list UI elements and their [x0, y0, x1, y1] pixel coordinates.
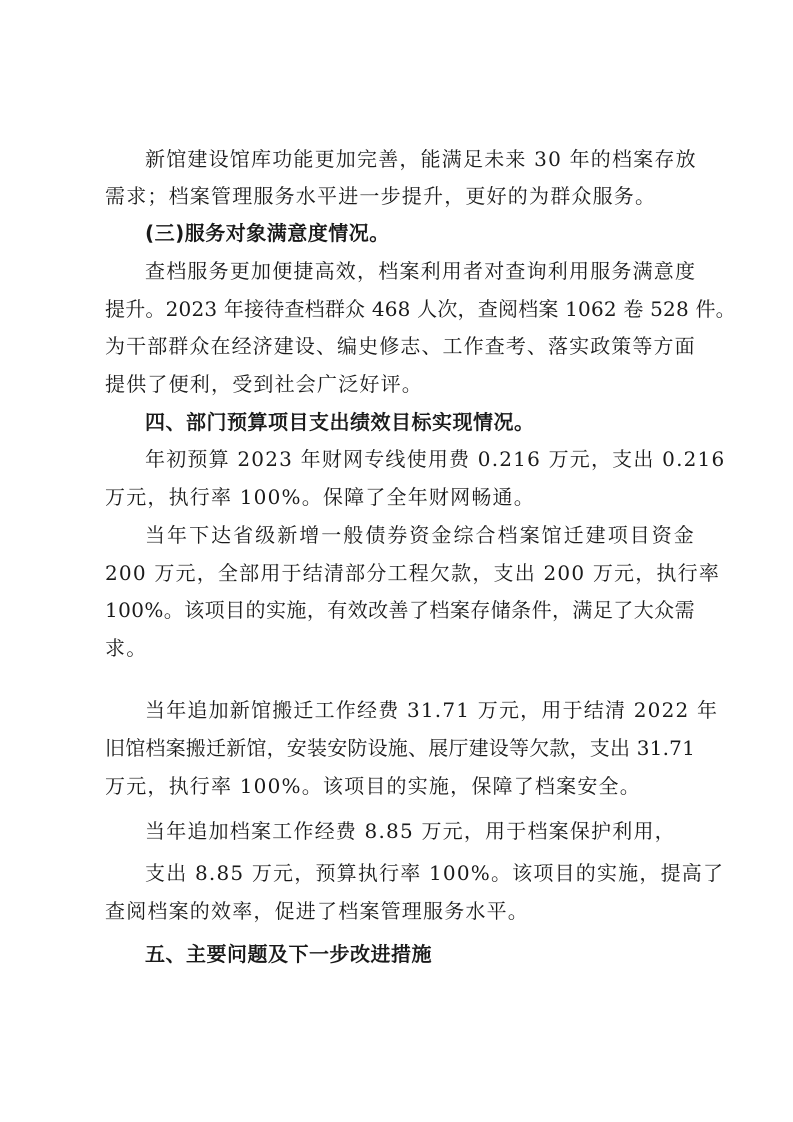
body-text-line: 年初预算 2023 年财网专线使用费 0.216 万元，支出 0.216 [145, 446, 695, 472]
section-heading: 五、主要问题及下一步改进措施 [145, 941, 695, 967]
body-text-line: 查阅档案的效率，促进了档案管理服务水平。 [105, 898, 695, 924]
body-text-line: 100%。该项目的实施，有效改善了档案存储条件，满足了大众需 [105, 597, 695, 623]
subsection-heading: (三)服务对象满意度情况。 [145, 220, 695, 246]
body-text-line: 支出 8.85 万元，预算执行率 100%。该项目的实施，提高了 [145, 860, 695, 886]
body-text-line: 提升。2023 年接待查档群众 468 人次，查阅档案 1062 卷 528 件… [105, 296, 695, 322]
section-heading: 四、部门预算项目支出绩效目标实现情况。 [145, 409, 695, 435]
body-text-line: 当年下达省级新增一般债券资金综合档案馆迁建项目资金 [145, 522, 695, 548]
body-text-line: 万元，执行率 100%。保障了全年财网畅通。 [105, 484, 695, 510]
body-text-line: 当年追加新馆搬迁工作经费 31.71 万元，用于结清 2022 年 [145, 697, 695, 723]
body-text-line: 提供了便利，受到社会广泛好评。 [105, 371, 695, 397]
body-text-line: 需求；档案管理服务水平进一步提升，更好的为群众服务。 [105, 183, 695, 209]
body-text-line: 当年追加档案工作经费 8.85 万元，用于档案保护利用， [145, 818, 695, 844]
body-text-line: 旧馆档案搬迁新馆，安装安防设施、展厅建设等欠款，支出 31.71 [105, 735, 695, 761]
body-text-line: 为干部群众在经济建设、编史修志、工作查考、落实政策等方面 [105, 333, 695, 359]
body-text-line: 新馆建设馆库功能更加完善，能满足未来 30 年的档案存放 [145, 146, 695, 172]
document-page: 新馆建设馆库功能更加完善，能满足未来 30 年的档案存放 需求；档案管理服务水平… [0, 0, 793, 1122]
body-text-line: 万元，执行率 100%。该项目的实施，保障了档案安全。 [105, 773, 695, 799]
body-text-line: 求。 [105, 635, 695, 661]
body-text-line: 200 万元，全部用于结清部分工程欠款，支出 200 万元，执行率 [105, 560, 695, 586]
body-text-line: 查档服务更加便捷高效，档案利用者对查询利用服务满意度 [145, 258, 695, 284]
